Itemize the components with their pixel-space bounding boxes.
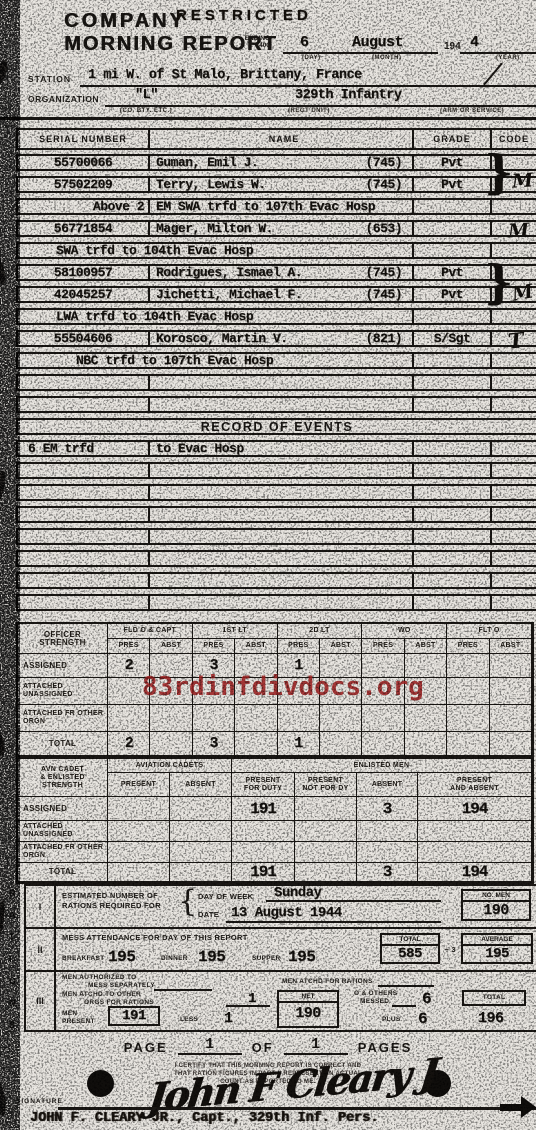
roster-cell-name: Terry, Lewis W. (745) [150,178,414,191]
roster-note-row: Above 2 EM SWA trfd to 107th Evac Hosp [16,198,536,215]
scan-blemish [0,254,8,285]
organization-underline [105,105,536,107]
net-label: NET [279,992,337,1003]
row-label-total: TOTAL [18,863,108,882]
group-2d-lt: 2D LT [278,624,363,639]
atchd-other-orgs-label-2: ORGS FOR RATIONS [84,999,154,1006]
record-of-events-entry-row: 6 EM trfd to Evac Hosp [16,440,536,457]
roster-row: 55700066 Guman, Emil J. (745) Pvt [16,154,536,171]
roster-cell-grade: Pvt [414,288,492,301]
officer-strength-corner: OFFICERSTRENGTH [18,624,108,654]
men-present-box: 191 [108,1006,160,1026]
supper-label: SUPPER [252,955,281,962]
roster-cell-code [492,442,536,455]
ending-label-line2: 2400 [244,42,270,49]
record-entry-left: 6 EM trfd [18,442,150,455]
dinner-label: DINNER [161,955,188,962]
organization-company: "L" [135,88,158,103]
station-label: STATION [28,74,71,84]
o-and-others-value: 6 [422,990,431,1008]
plus-label: PLUS [382,1016,401,1023]
sub-absent: ABSENT [357,773,418,797]
sub-pres: PRES [362,639,404,654]
estimated-rations-label-1: ESTIMATED NUMBER OF [62,891,158,900]
month-sublabel: (MONTH) [372,55,402,61]
group-flt-o: FLT O [447,624,532,639]
no-men-box: NO. MEN 190 [461,889,531,921]
form-title-company: COMPANY [64,10,186,33]
morning-report-scan: COMPANY RESTRICTED MORNING REPORT ENDING… [0,0,536,1130]
men-present-label-2: PRESENT [62,1018,95,1025]
men-authorized-label-1: MEN AUTHORIZED TO [62,974,136,981]
sub-present-and-absent: PRESENTAND ABSENT [418,773,532,797]
estimated-rations-label-2: RATIONS REQUIRED FOR [62,901,161,910]
roster-cell-grade: Pvt [414,178,492,191]
officer-total-1stlt-pres: 3 [193,732,235,756]
mos-code: (745) [365,155,402,170]
supper-value: 195 [288,948,315,966]
soldier-name: Terry, Lewis W. [156,177,266,192]
sub-av-absent: ABSENT [170,773,232,797]
code-letter-m-1: M [511,169,534,192]
pages-number: 1 [284,1036,348,1055]
station-underline [80,85,536,87]
enlisted-assigned-present-and-absent: 194 [418,797,532,821]
roster-cell-serial: 56771854 [18,222,150,235]
roster-note-text: LWA trfd to 104th Evac Hosp [18,310,414,323]
header-divider-rule [0,117,536,120]
day-of-week-label: DAY OF WEEK [198,892,253,901]
roster-cell-grade [414,222,492,235]
organization-regiment: 329th Infantry [295,88,401,103]
roster-cell-serial: 57502209 [18,178,150,191]
dinner-value: 195 [198,948,225,966]
roster-note-text: EM SWA trfd to 107th Evac Hosp [150,200,414,213]
mos-code: (821) [365,331,402,346]
no-men-value: 190 [463,902,529,919]
sub-pres: PRES [447,639,489,654]
roster-cell-grade [414,244,492,257]
roster-header-name: NAME [150,130,414,148]
rations-section: RA TI ON S I ESTIMATED NUMBER OF RATIONS… [24,884,536,1032]
soldier-name: Guman, Emil J. [156,155,258,170]
roster-cell-grade: Pvt [414,156,492,169]
signature-label: SIGNATURE [16,1098,63,1105]
page-count-line: PAGE 1 OF 1 PAGES [0,1036,536,1055]
net-value: 190 [279,1005,337,1022]
group-enlisted-men: ENLISTED MEN [232,759,532,773]
men-present-value: 191 [110,1008,158,1024]
org-sublabel-regt: (REGT UNIT) [288,108,330,114]
roster-empty-row [16,374,536,391]
roster-cell-name: Mager, Milton W. (653) [150,222,414,235]
mos-code: (745) [365,287,402,302]
enlisted-strength-corner: AVN CADET& ENLISTEDSTRENGTH [18,759,108,797]
roster-row: 42045257 Jichetti, Michael F. (745) Pvt [16,286,536,303]
roster-row: 56771854 Mager, Milton W. (653) [16,220,536,237]
record-of-events-header: RECORD OF EVENTS [16,418,536,435]
roster-row: 55504606 Korosco, Martin V. (821) S/Sgt [16,330,536,347]
website-watermark: 83rdinfdivdocs.org [142,672,424,702]
roster-cell-grade: Pvt [414,266,492,279]
code-brace-rows-6-7: } [484,260,514,304]
code-letter-m-mager: M [507,219,529,242]
mess-attendance-label: MESS ATTENDANCE FOR DAY OF THIS REPORT [62,933,248,942]
day-of-week-value: Sunday [274,885,321,901]
rations-roman-1: I [26,886,56,927]
year-sublabel: (YEAR) [496,55,520,61]
men-authorized-label-2: MESS SEPARATELY [88,982,155,989]
enlisted-strength-table: AVN CADET& ENLISTEDSTRENGTH AVIATION CAD… [16,757,534,884]
roster-cell-grade [414,442,492,455]
stray-mark [483,63,503,86]
mess-average-value: 195 [463,946,531,962]
group-1st-lt: 1ST LT [193,624,278,639]
divide-by-3: ÷ 3 [445,945,456,954]
row-label-attached-unassigned: ATTACHED UNASSIGNED [18,821,108,842]
group-fld-o-capt: FLD O & CAPT [108,624,193,639]
mess-average-label: AVERAGE [463,935,531,946]
page-label: PAGE [124,1040,168,1055]
o-and-others-label: O & OTHERS [354,990,397,997]
rations-section-3: III MEN AUTHORIZED TO MESS SEPARATELY ME… [26,972,536,1030]
mess-total-box: TOTAL 585 [380,933,440,964]
roster-note-row: SWA trfd to 104th Evac Hosp [16,242,536,259]
enlisted-total-present-for-duty: 191 [232,863,295,882]
record-of-events-title: RECORD OF EVENTS [201,420,354,433]
scan-blemish [0,59,10,87]
roster-row: 58100957 Rodrigues, Ismael A. (745) Pvt [16,264,536,281]
roster-cell-grade [414,200,492,213]
restricted-stamp: RESTRICTED [176,7,312,24]
soldier-name: Jichetti, Michael F. [156,287,302,302]
less-label: LESS [180,1016,198,1023]
roster-cell-serial: 55700066 [18,156,150,169]
ending-2400-label: ENDING 2400 [244,35,270,49]
signer-typed-name: JOHN F. CLEARY JR., Capt., 329th Inf. Pe… [30,1111,378,1126]
roster-cell-name: Jichetti, Michael F. (745) [150,288,414,301]
code-letter-m-2: M [510,280,535,305]
roster-cell-code [492,354,536,367]
ending-label-line1: ENDING [244,35,270,42]
enlisted-assigned-present-for-duty: 191 [232,797,295,821]
roster-note-text: SWA trfd to 104th Evac Hosp [18,244,414,257]
rations-roman-2: II [26,929,56,970]
messed-label: MESSED [360,998,389,1005]
edge-arrow-icon [500,1104,522,1111]
row-label-assigned: ASSIGNED [18,797,108,821]
rations-date-value: 13 August 1944 [231,905,342,921]
plus-value: 6 [418,1010,427,1028]
roster-note-row: NBC trfd to 107th Evac Hosp [16,352,536,369]
scan-blemish [0,729,7,756]
rations-date-label: DATE [198,910,219,919]
rations-total-label: TOTAL [464,992,524,1001]
sub-abst: ABST [235,639,277,654]
roster-note-text: NBC trfd to 107th Evac Hosp [18,354,414,367]
scan-blemish [0,470,7,505]
sub-present-not-for-duty: PRESENTNOT FOR DY [295,773,357,797]
roster-cell-serial: 42045257 [18,288,150,301]
group-wo: WO [362,624,447,639]
sub-abst: ABST [150,639,192,654]
date-month-value: August [352,34,403,51]
rations-total-header-box: TOTAL [462,990,526,1006]
mos-code: (653) [365,221,402,236]
soldier-name: Mager, Milton W. [156,221,273,236]
code-letter-t-korosco: T [507,327,525,353]
roster-header-row: SERIAL NUMBER NAME GRADE CODE [16,128,536,150]
group-aviation-cadets: AVIATION CADETS [108,759,232,773]
roster-cell-code [492,310,536,323]
roster-cell-name: Korosco, Martin V. (821) [150,332,414,345]
roster-header-serial: SERIAL NUMBER [18,130,150,148]
officer-total-fldo-pres: 2 [108,732,150,756]
sub-abst: ABST [320,639,362,654]
sub-present-for-duty: PRESENTFOR DUTY [232,773,295,797]
page-number: 1 [178,1036,242,1055]
row-label-attached-fr-other: ATTACHED FR OTHER ORGN [18,705,108,732]
org-sublabel-arm: (ARM OR SERVICE) [440,108,504,114]
men-atchd-for-rations-label: MEN ATCHD FOR RATIONS [282,978,373,985]
soldier-name: Rodrigues, Ismael A. [156,265,302,280]
rations-total-value: 196 [478,1010,504,1027]
mess-total-value: 585 [382,946,438,962]
scan-blemish [0,1079,8,1116]
roster-empty-row [16,396,536,413]
roster-table: SERIAL NUMBER NAME GRADE CODE 55700066 G… [16,128,536,616]
rations-section-1: I ESTIMATED NUMBER OF RATIONS REQUIRED F… [26,886,536,929]
of-label: OF [252,1040,274,1055]
row-label-total: TOTAL [18,732,108,756]
sub-abst: ABST [405,639,447,654]
roster-cell-grade: S/Sgt [414,332,492,345]
mos-code: (745) [365,265,402,280]
punch-hole-left [87,1070,114,1097]
date-day-value: 6 [300,34,309,51]
less-value: 1 [224,1010,233,1027]
date-year-printed: 194 [444,41,461,52]
roster-cell-name: Guman, Emil J. (745) [150,156,414,169]
date-year-typed: 4 [470,34,479,51]
org-sublabel-co: (CO. BTY. ETC.) [120,108,172,114]
men-present-label-1: MEN [62,1010,77,1017]
mess-total-label: TOTAL [382,935,438,946]
atchd-other-orgs-label-1: MEN ATCHD TO OTHER [62,991,141,998]
mos-code: (745) [365,177,402,192]
date-underline-1 [283,52,438,54]
rations-brace: { [178,884,197,919]
roster-row: 57502209 Terry, Lewis W. (745) Pvt [16,176,536,193]
organization-label: ORGANIZATION [28,94,99,104]
code-brace-rows-1-2: } [484,150,514,194]
sub-pres: PRES [278,639,320,654]
enlisted-assigned-absent: 3 [357,797,418,821]
net-box: NET 190 [277,990,339,1028]
sub-pres: PRES [193,639,235,654]
mess-average-box: AVERAGE 195 [461,933,533,964]
date-underline-2 [460,52,536,54]
station-value: 1 mi W. of St Malo, Brittany, France [88,68,362,83]
sub-abst: ABST [490,639,532,654]
breakfast-label: BREAKFAST [62,955,104,962]
roster-cell-name: Rodrigues, Ismael A. (745) [150,266,414,279]
scan-blemish [0,900,7,941]
record-entry-right: to Evac Hosp [150,442,414,455]
roster-cell-serial: 55504606 [18,332,150,345]
soldier-name: Korosco, Martin V. [156,331,287,346]
day-sublabel: (DAY) [302,55,321,61]
no-men-label: NO. MEN [463,891,529,902]
breakfast-value: 195 [108,948,135,966]
enlisted-total-present-and-absent: 194 [418,863,532,882]
rations-side-label: RA TI ON S [9,888,16,1030]
officer-total-2dlt-pres: 1 [278,732,320,756]
roster-cell-grade [414,310,492,323]
row-label-assigned: ASSIGNED [18,654,108,678]
roster-cell-serial: 58100957 [18,266,150,279]
roster-note-row: LWA trfd to 104th Evac Hosp [16,308,536,325]
row-label-attached-fr-other: ATTACHED FR OTHER ORGN [18,842,108,863]
roster-cell-serial: Above 2 [18,200,150,213]
enlisted-total-absent: 3 [357,863,418,882]
roster-cell-grade [414,354,492,367]
edge-arrow-tip-icon [521,1096,536,1118]
roster-header-grade: GRADE [414,130,492,148]
row-label-attached-unassigned: ATTACHED UNASSIGNED [18,678,108,705]
signature-line [58,1107,536,1110]
rations-section-2: II MESS ATTENDANCE FOR DAY OF THIS REPOR… [26,929,536,972]
sub-pres: PRES [108,639,150,654]
roster-cell-code [492,200,536,213]
rations-roman-3: III [26,972,56,1030]
sub-av-present: PRESENT [108,773,170,797]
